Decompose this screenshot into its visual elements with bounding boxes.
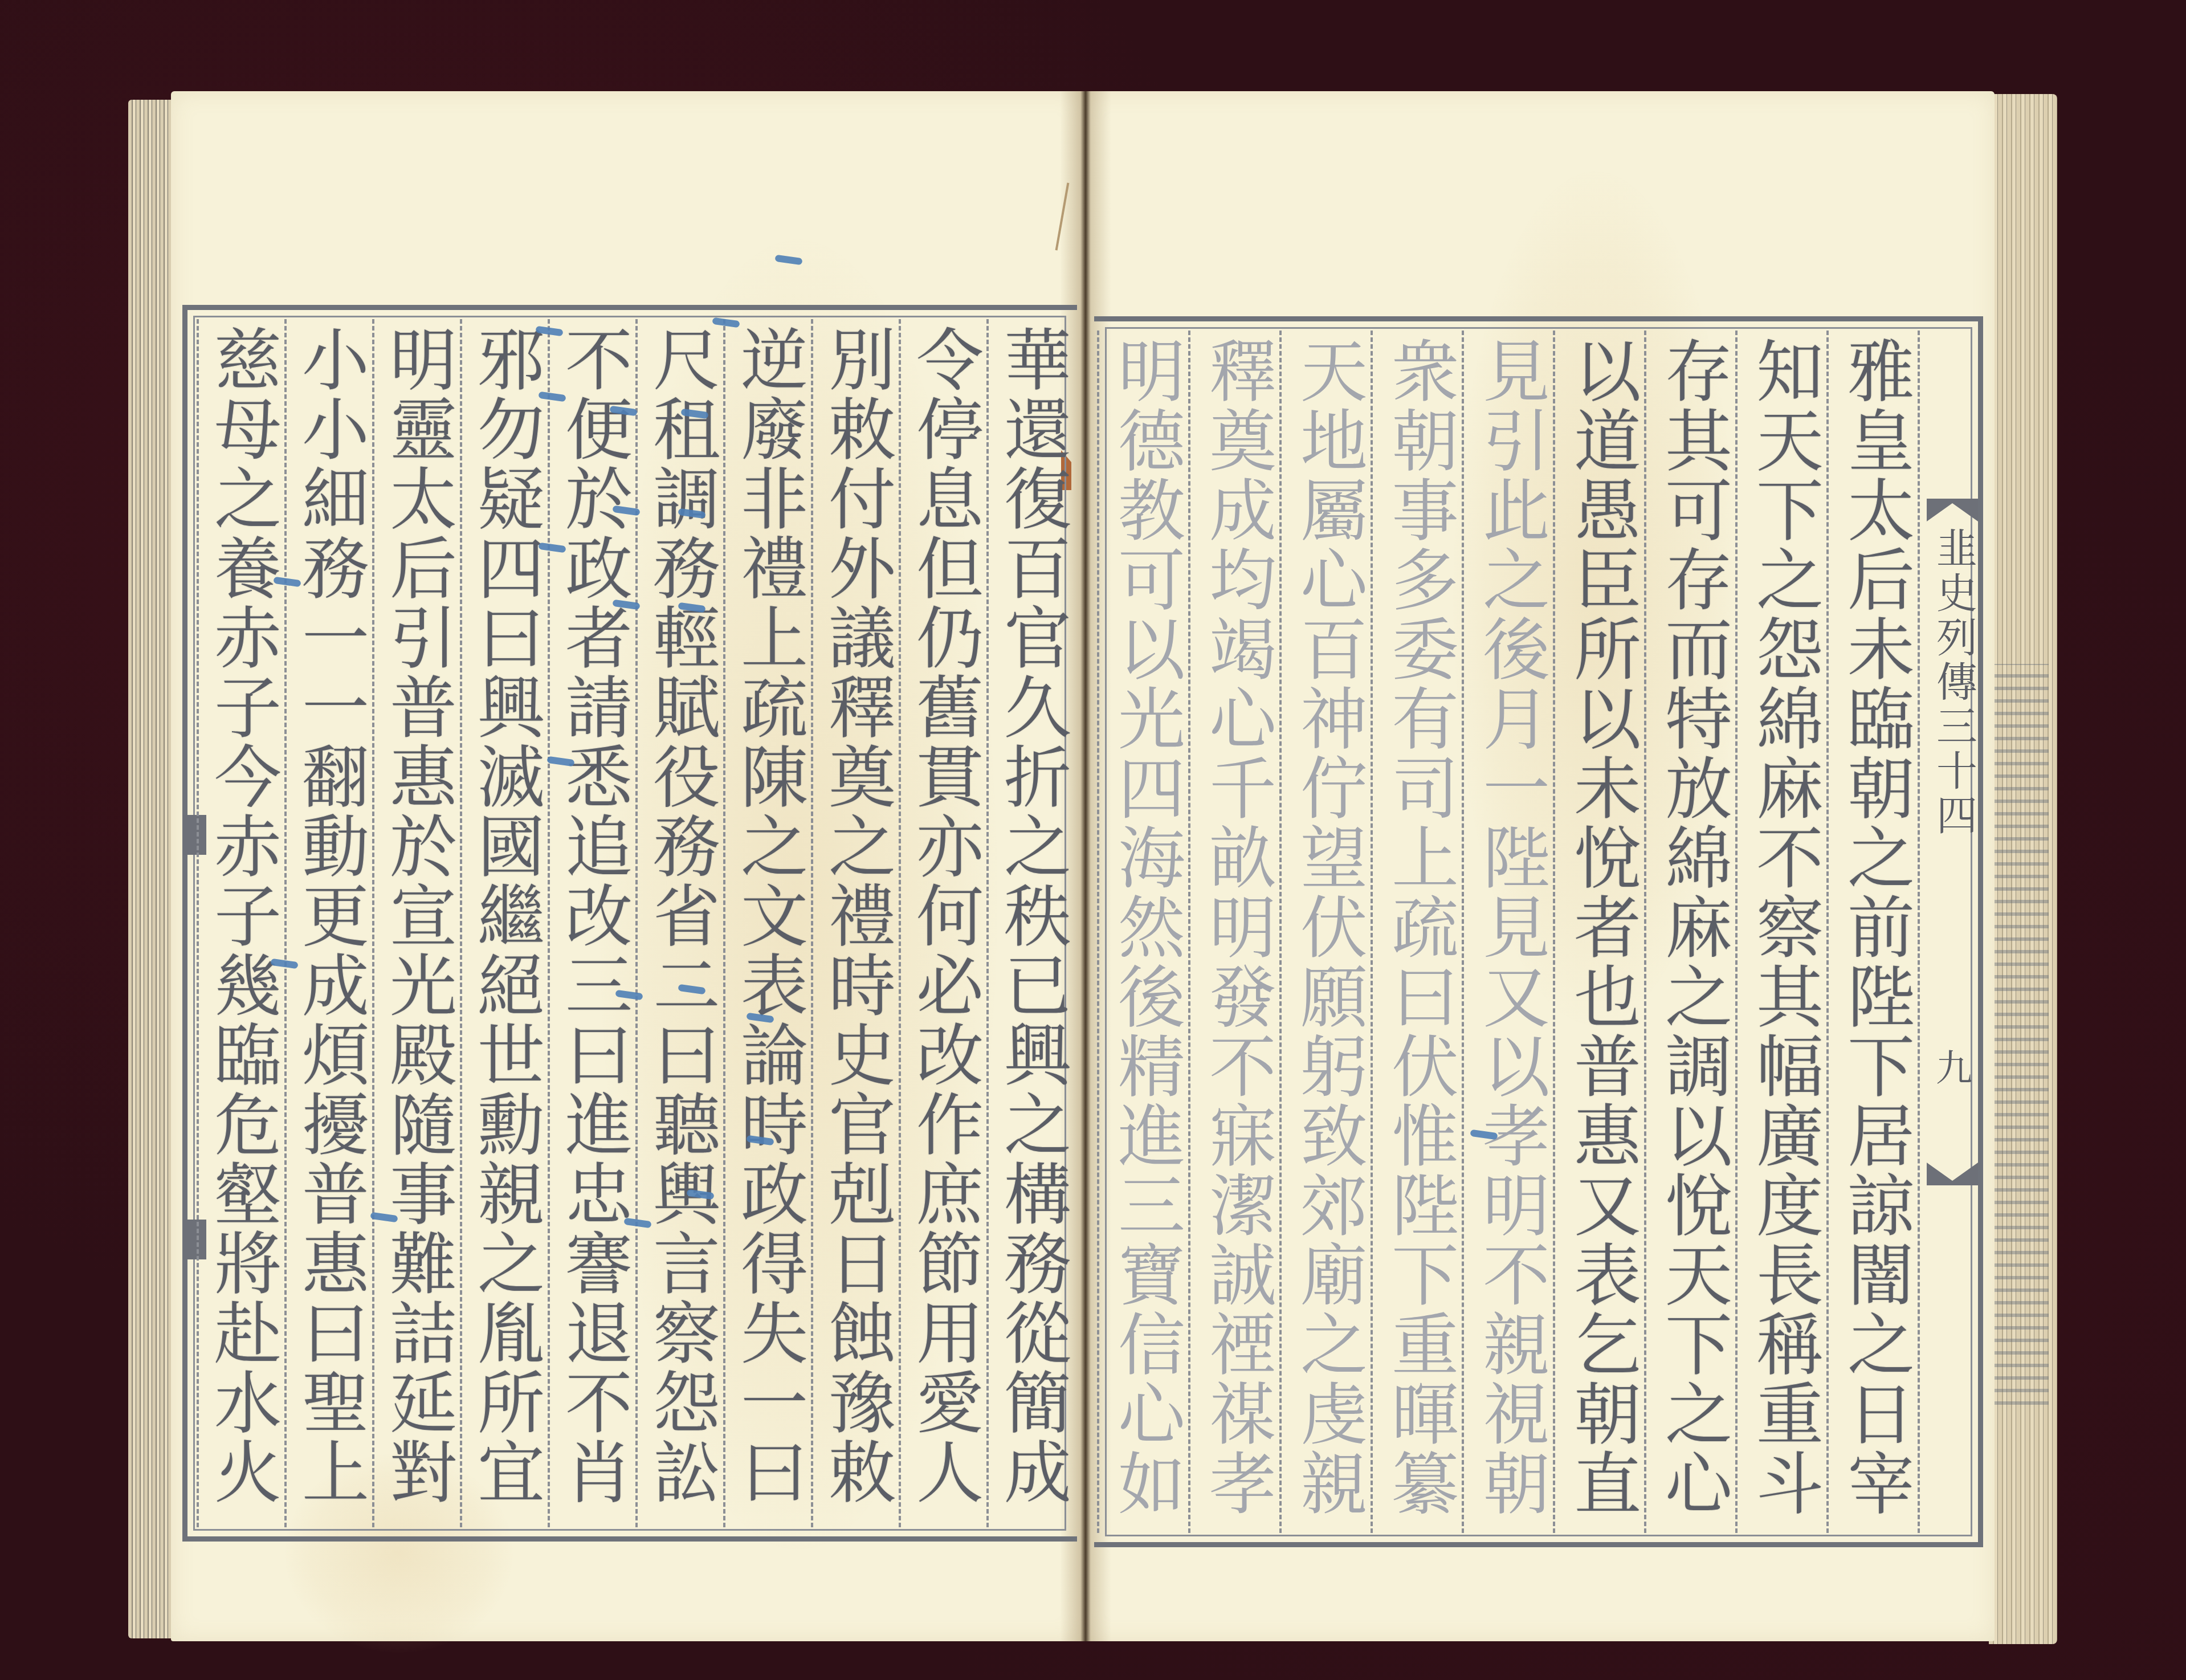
text-column: 令停息但仍舊貫亦何必改作庶節用愛人法俗俱賴尋 bbox=[899, 319, 986, 1527]
fishtail-bottom-icon bbox=[1927, 1163, 1978, 1185]
text-column: 衆朝事多委有司上疏曰伏惟陛下重暉纂統欽明文思 bbox=[1371, 331, 1462, 1533]
text-column: 逆廢非禮上疏陳之文表論時政得失一曰審法度平斗 bbox=[723, 319, 811, 1527]
text-column: 華還復百官久折之秩已興之構務從簡成將來之造權 bbox=[986, 319, 1074, 1527]
right-page-stack bbox=[1989, 94, 2057, 1644]
left-page-text: 華還復百官久折之秩已興之構務從簡成將來之造權 令停息但仍舊貫亦何必改作庶節用愛人… bbox=[197, 319, 1074, 1527]
text-column: 知天下之怨綿麻不察其幅廣度長稱重斗大華其所獎 bbox=[1735, 331, 1826, 1533]
banxin-center-strip: 韭史列傳三十四 九 bbox=[1918, 331, 1983, 1533]
text-column: 以道愚臣所以未悅者也普惠又表乞朝直之日時聽奉 bbox=[1553, 331, 1644, 1533]
text-column: 不便於政者請悉追改三曰進忠謇退不肖任賢勿貳去 bbox=[548, 319, 635, 1527]
text-column: 邪勿疑四曰興滅國繼絕世勳親之胤所宜收敘書奏孝 bbox=[460, 319, 548, 1527]
right-page-text: 雅皇太后未臨朝之前陛下居諒闇之日宰輔不尋其 知天下之怨綿麻不察其幅廣度長稱重斗大… bbox=[1097, 331, 1918, 1533]
text-column: 明靈太后引普惠於宣光殿隨事難詰延對移時太后曰 bbox=[372, 319, 460, 1527]
text-column: 存其可存而特放綿麻之調以悅天下之心此謂悅之不 bbox=[1644, 331, 1735, 1533]
text-column: 釋奠成均竭心千畝明發不寐潔誠禋禖孝弟可以通神 bbox=[1188, 331, 1279, 1533]
left-page-stack bbox=[128, 100, 174, 1638]
text-column: 見引此之後月一陛見又以孝明不親視朝過崇佛法郊 bbox=[1462, 331, 1553, 1533]
fishtail-top-icon bbox=[1927, 499, 1978, 521]
banxin-title: 韭史列傳三十四 bbox=[1928, 527, 1979, 838]
text-column: 尺租調務輕賦役務省二曰聽輿言察怨訟先皇舊事有 bbox=[635, 319, 723, 1527]
text-column: 雅皇太后未臨朝之前陛下居諒闇之日宰輔不尋其 bbox=[1826, 331, 1918, 1533]
text-column: 別敕付外議釋奠之禮時史官剋日蝕豫敕罷朝普惠以 bbox=[811, 319, 899, 1527]
text-column: 慈母之養赤子今赤子幾臨危壑將赴水火以煩勞而 bbox=[197, 319, 284, 1527]
text-column: 明德教可以光四海然後精進三寶信心如來道由化深 bbox=[1097, 331, 1188, 1533]
text-column: 小小細務一一翻動更成煩擾普惠曰聖上之養庶物若 bbox=[284, 319, 372, 1527]
fore-edge-ink bbox=[1995, 664, 2049, 1405]
open-book: 雅皇太后未臨朝之前陛下居諒闇之日宰輔不尋其 知天下之怨綿麻不察其幅廣度長稱重斗大… bbox=[0, 0, 2186, 1680]
leaf-number: 九 bbox=[1931, 1049, 1977, 1085]
text-column: 天地屬心百神佇望伏願躬致郊廟之虔親紆朔望之澤 bbox=[1279, 331, 1371, 1533]
